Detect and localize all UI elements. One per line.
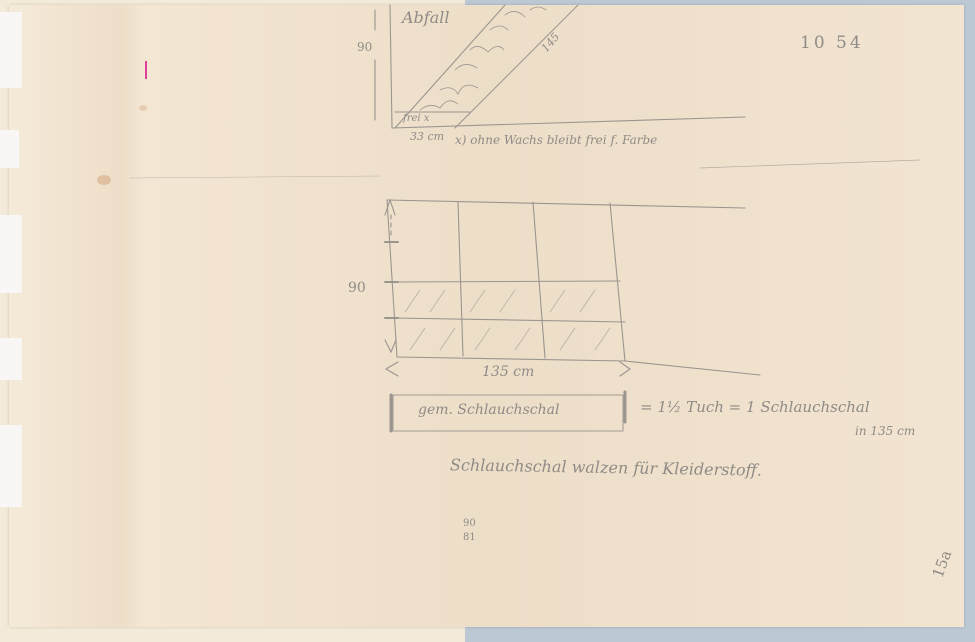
grid-width-label: 135 cm: [482, 364, 534, 380]
top-width-label: 33 cm: [410, 130, 444, 143]
scarf-box-label: gem. Schlauchschal: [418, 402, 559, 418]
small-number: 81: [463, 532, 476, 543]
small-number: 90: [463, 518, 476, 529]
footnote: x) ohne Wachs bleibt frei f. Farbe: [455, 133, 657, 147]
scarf-equation-sub: in 135 cm: [855, 424, 915, 438]
grid-height-label: 90: [348, 280, 366, 296]
scarf-equation: = 1½ Tuch = 1 Schlauchschal: [640, 398, 870, 416]
corner-label: frei x: [403, 113, 429, 124]
pencil-drawings: [0, 0, 975, 642]
pattern-label: Abfall: [402, 8, 450, 27]
top-height-label: 90: [357, 40, 372, 54]
catalog-number: 10 54: [800, 33, 864, 53]
